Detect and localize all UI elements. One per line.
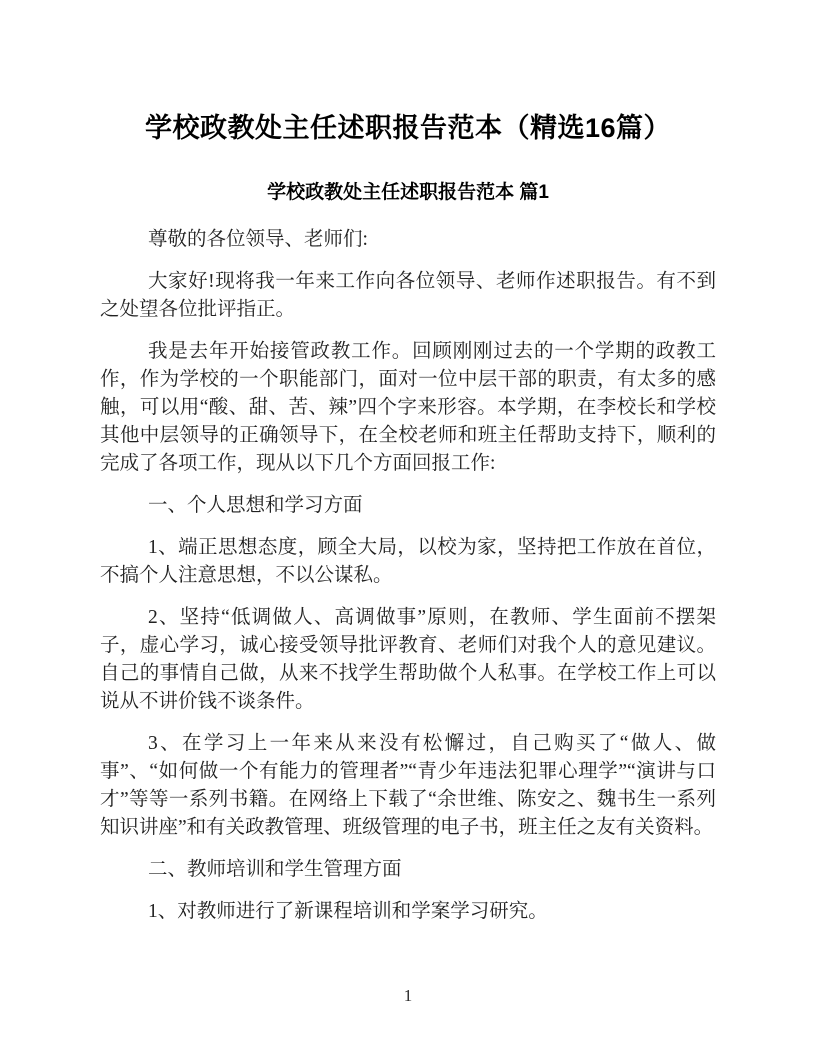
paragraph: 我是去年开始接管政教工作。回顾刚刚过去的一个学期的政教工作，作为学校的一个职能部… xyxy=(100,338,716,478)
paragraph: 3、在学习上一年来从来没有松懈过，自己购买了“做人、做事”、“如何做一个有能力的… xyxy=(100,730,716,842)
section-heading: 二、教师培训和学生管理方面 xyxy=(100,856,716,884)
document-body: 尊敬的各位领导、老师们:大家好!现将我一年来工作向各位领导、老师作述职报告。有不… xyxy=(100,226,716,940)
document-title: 学校政教处主任述职报告范本（精选16篇） xyxy=(100,110,716,146)
paragraph: 2、坚持“低调做人、高调做事”原则，在教师、学生面前不摆架子，虚心学习，诚心接受… xyxy=(100,604,716,716)
page-number: 1 xyxy=(0,986,816,1006)
paragraph: 1、端正思想态度，顾全大局，以校为家，坚持把工作放在首位，不搞个人注意思想，不以… xyxy=(100,534,716,590)
paragraph: 尊敬的各位领导、老师们: xyxy=(100,226,716,254)
section-heading: 一、个人思想和学习方面 xyxy=(100,492,716,520)
paragraph: 大家好!现将我一年来工作向各位领导、老师作述职报告。有不到之处望各位批评指正。 xyxy=(100,268,716,324)
document-subtitle: 学校政教处主任述职报告范本 篇1 xyxy=(100,180,716,206)
paragraph: 1、对教师进行了新课程培训和学案学习研究。 xyxy=(100,898,716,926)
document-page: 学校政教处主任述职报告范本（精选16篇） 学校政教处主任述职报告范本 篇1 尊敬… xyxy=(0,0,816,1056)
